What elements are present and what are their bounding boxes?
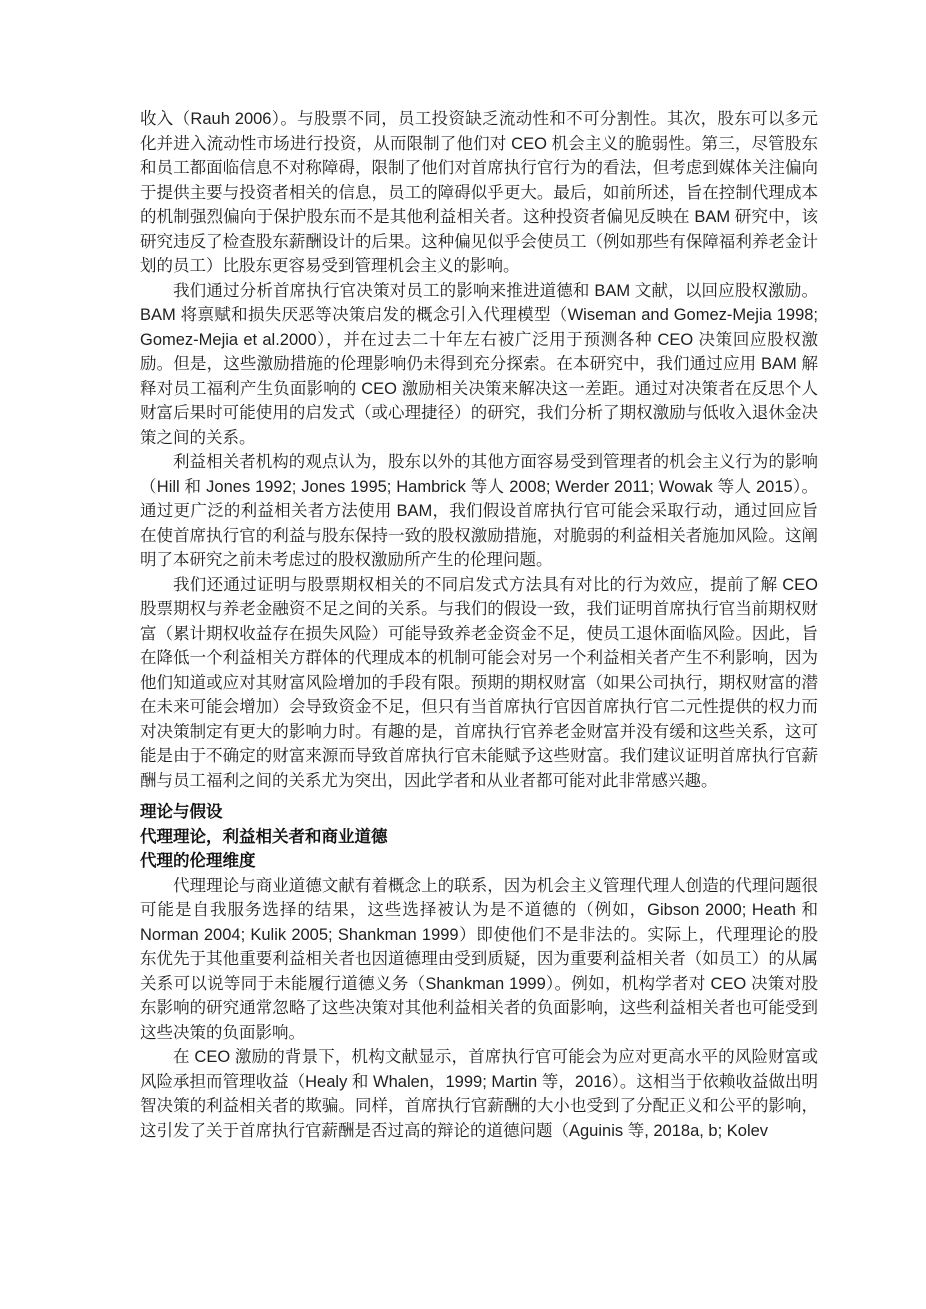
- section-subheading: 代理理论，利益相关者和商业道德: [140, 825, 818, 850]
- section-headings: 理论与假设 代理理论，利益相关者和商业道德 代理的伦理维度: [140, 800, 818, 874]
- body-paragraph: 代理理论与商业道德文献有着概念上的联系，因为机会主义管理代理人创造的代理问题很可…: [140, 874, 818, 1046]
- document-page: 收入（Rauh 2006）。与股票不同，员工投资缺乏流动性和不可分割性。其次，股…: [0, 0, 926, 1309]
- body-paragraph-continuation: 收入（Rauh 2006）。与股票不同，员工投资缺乏流动性和不可分割性。其次，股…: [140, 107, 818, 279]
- body-paragraph: 我们通过分析首席执行官决策对员工的影响来推进道德和 BAM 文献，以回应股权激励…: [140, 279, 818, 451]
- body-paragraph: 我们还通过证明与股票期权相关的不同启发式方法具有对比的行为效应，提前了解 CEO…: [140, 573, 818, 794]
- section-heading: 理论与假设: [140, 800, 818, 825]
- section-subsubheading: 代理的伦理维度: [140, 849, 818, 874]
- body-paragraph: 利益相关者机构的观点认为，股东以外的其他方面容易受到管理者的机会主义行为的影响（…: [140, 450, 818, 573]
- body-paragraph: 在 CEO 激励的背景下，机构文献显示，首席执行官可能会为应对更高水平的风险财富…: [140, 1045, 818, 1143]
- page-text-block: 收入（Rauh 2006）。与股票不同，员工投资缺乏流动性和不可分割性。其次，股…: [140, 107, 818, 1143]
